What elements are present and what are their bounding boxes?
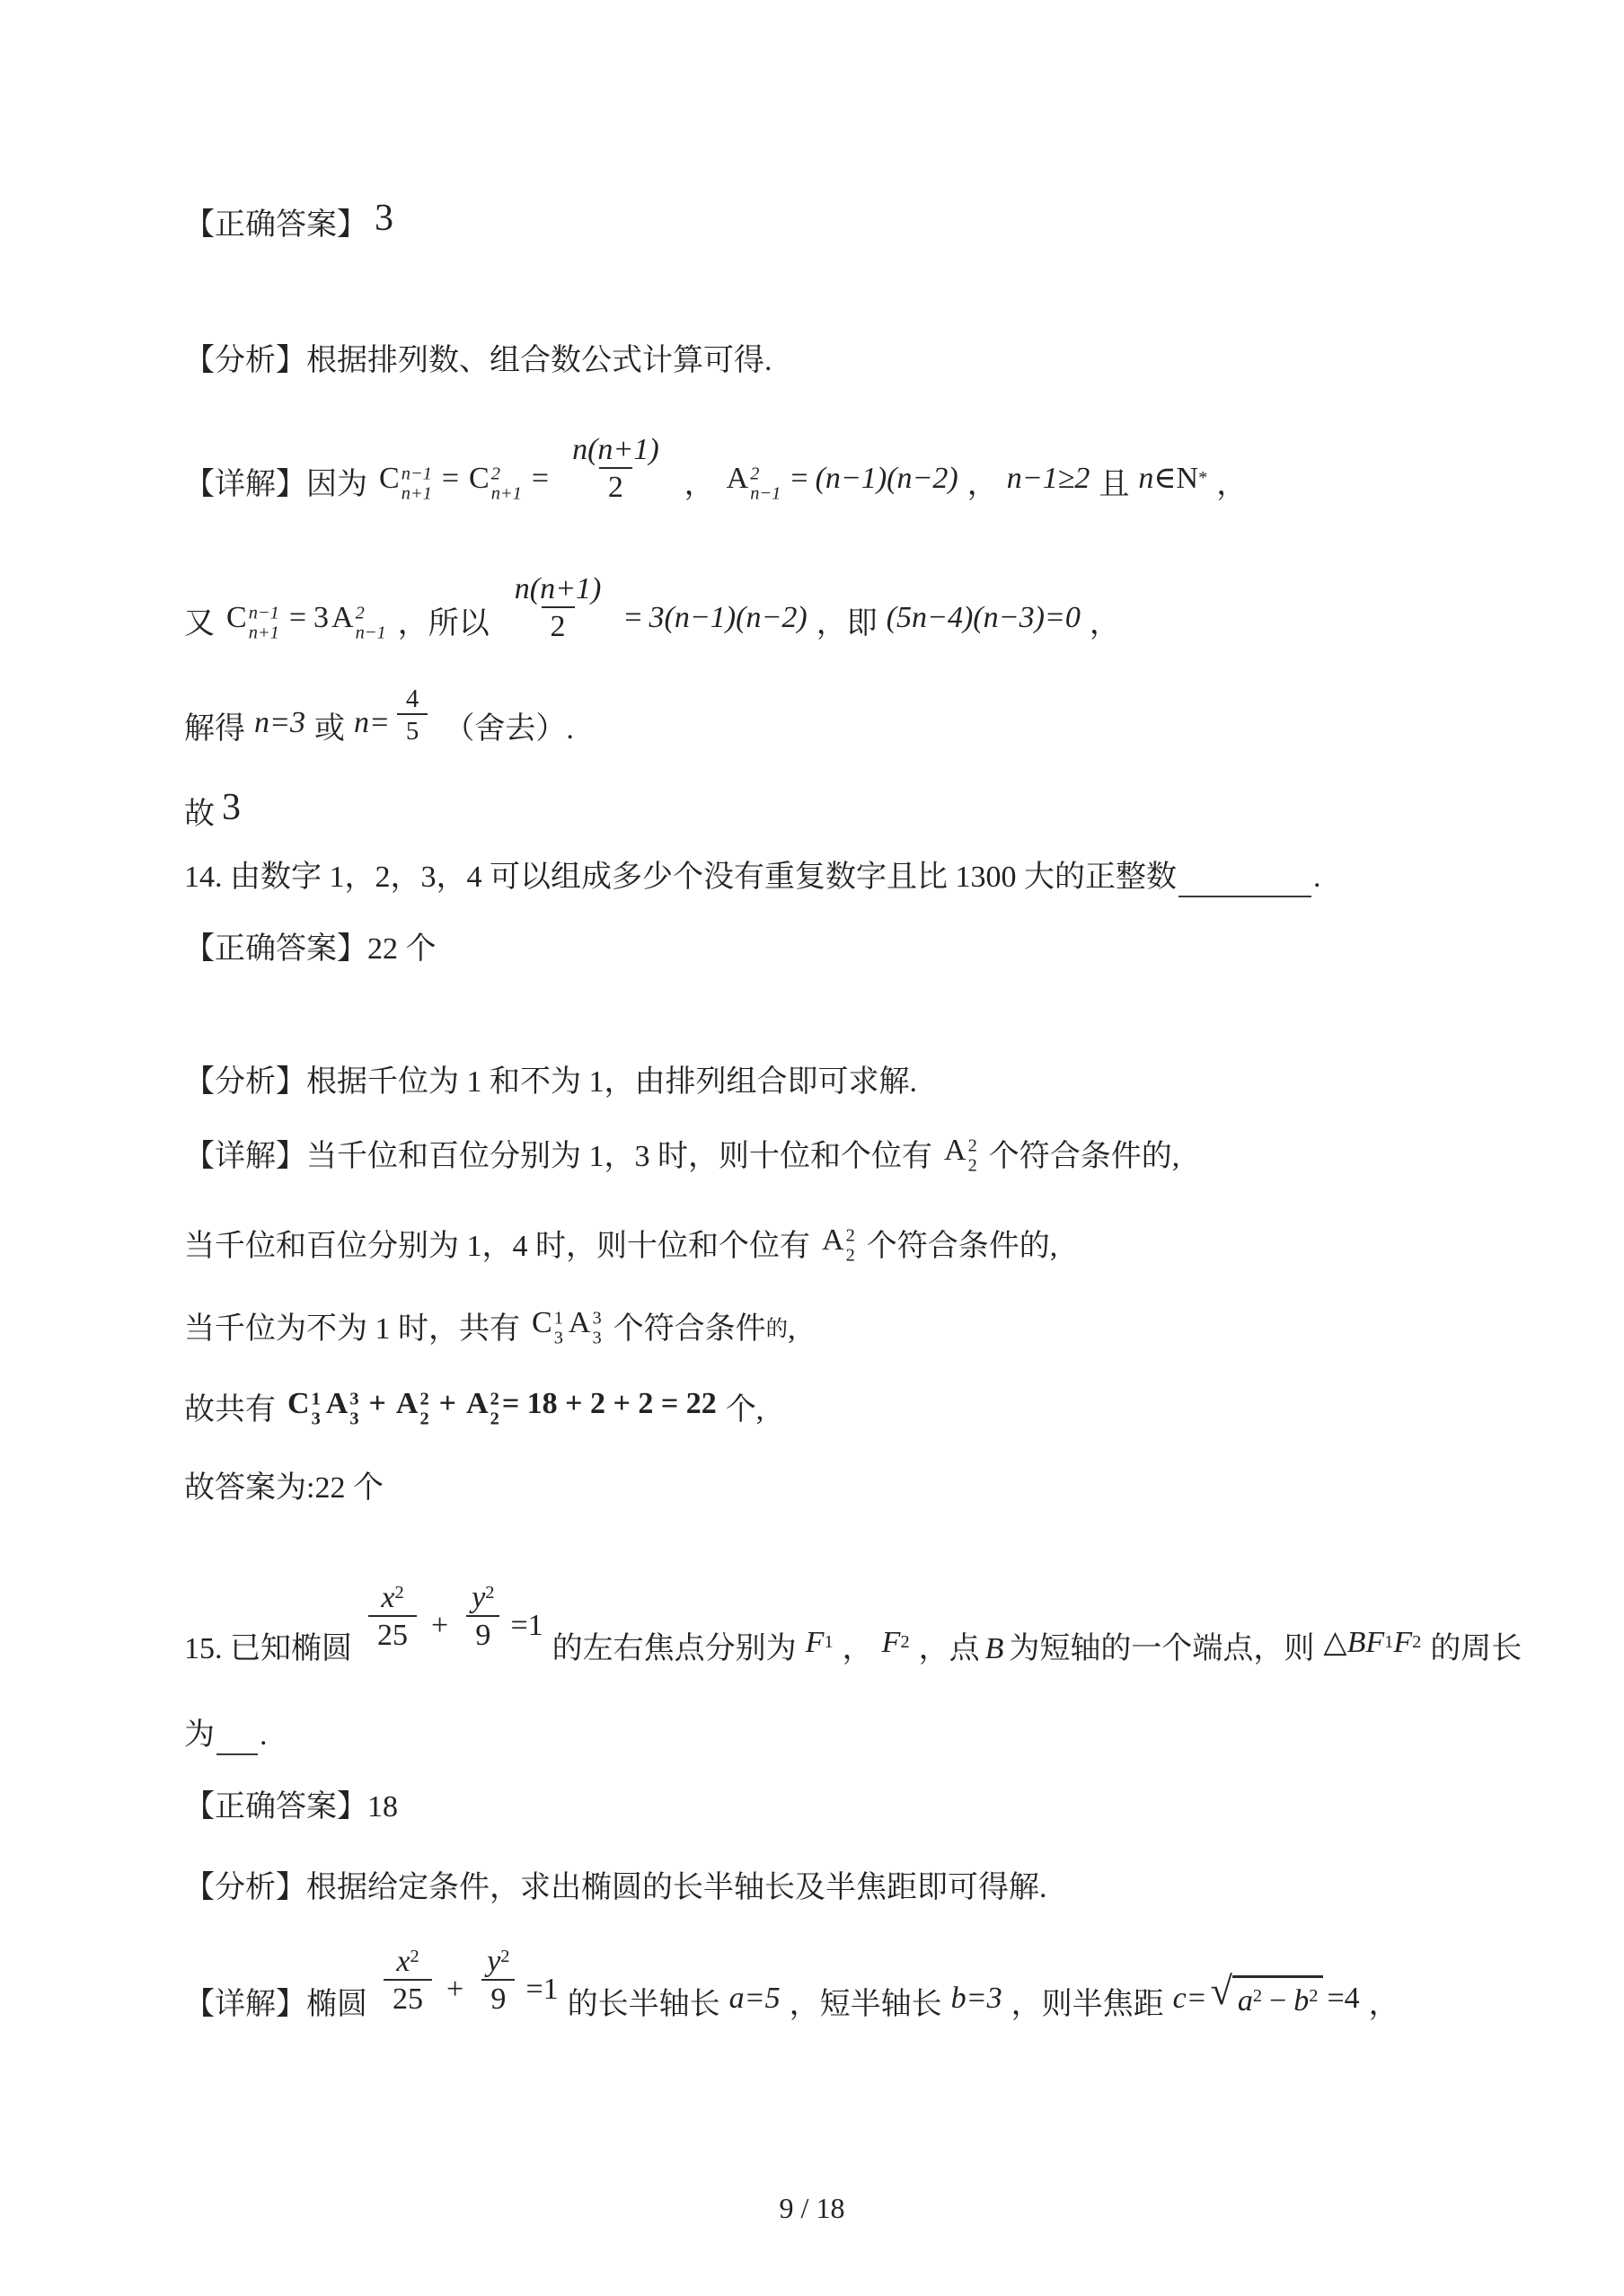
semi-major-axis: a=5 <box>729 1979 781 2018</box>
comma: ， <box>1369 1985 1399 2025</box>
line-q14-analysis: 【分析】根据千位为 1 和不为 1，由排列组合即可求解. <box>184 1063 917 1102</box>
perm-a22: A22 <box>819 1221 858 1260</box>
perm-token: A22 <box>396 1384 429 1424</box>
ellipse-equation: x225 + y29 =1 <box>361 1591 543 1663</box>
stacked-scripts: 2n+1 <box>491 465 522 504</box>
perm-token: A22 <box>944 1131 977 1170</box>
comma: ， <box>843 1629 873 1669</box>
radical-sign: √ <box>1211 1974 1232 2009</box>
comma: ， <box>790 1985 820 2025</box>
analysis-text: 【分析】根据给定条件，求出椭圆的长半轴长及半焦距即可得解. <box>184 1868 1047 1908</box>
question-text: 14. 由数字 1，2，3，4 可以组成多少个没有重复数字且比 1300 大的正… <box>184 858 1177 897</box>
var-b: b <box>1293 1984 1309 2018</box>
answer-blank <box>1178 866 1311 898</box>
var-n-in: n∈ <box>1138 459 1176 499</box>
exponent: 2 <box>394 1583 403 1603</box>
coefficient: 3 <box>313 598 329 638</box>
focus-F1: F1 <box>806 1623 834 1663</box>
symbol-A: A <box>331 598 354 638</box>
line-q14-detail-2: 当千位和百位分别为 1，4 时，则十位和个位有 A22 个符合条件的, <box>184 1227 1057 1267</box>
fraction-y: y29 <box>463 1581 503 1653</box>
denominator: 5 <box>397 713 428 746</box>
var-y: y <box>472 1581 485 1614</box>
subscript: 3 <box>349 1409 358 1428</box>
detail-text: 个符合条件的, <box>989 1137 1180 1177</box>
plus-sign: + <box>431 1606 448 1646</box>
subscript: 2 <box>419 1409 428 1428</box>
answer-label: 【正确答案】 <box>184 930 367 969</box>
fraction: 45 <box>397 684 428 746</box>
superscript: 2 <box>356 605 365 623</box>
comma-so: ， <box>398 605 428 644</box>
numerator: y2 <box>478 1945 518 1979</box>
line-q15-question: 15. 已知椭圆 x225 + y29 =1 的左右焦点分别为 F1 ， F2 … <box>184 1613 1522 1685</box>
perm-token: A2n−1 <box>331 598 386 638</box>
fraction: n(n+1)2 <box>563 433 668 505</box>
period: . <box>260 1716 268 1755</box>
detail-text: 个符合条件的, <box>867 1227 1058 1267</box>
fraction-x: x225 <box>384 1945 432 2017</box>
comb-token: Cn−1n+1 <box>226 598 279 638</box>
answer-value: 22 个 <box>367 930 437 969</box>
fraction: n(n+1)2 <box>506 572 611 644</box>
perm-token: A33 <box>569 1303 602 1343</box>
comma: ， <box>816 605 847 644</box>
formula-permutation-identity: A2n−1 = (n−1)(n−2) <box>724 459 958 499</box>
solution-2: n= 45 <box>354 693 435 755</box>
equals-one: =1 <box>525 1970 558 2009</box>
minus-sign: − <box>1269 1984 1286 2018</box>
comb-token: C2n+1 <box>469 459 522 499</box>
answer-value: 3 <box>375 194 393 243</box>
symbol-A: A <box>396 1384 419 1424</box>
comma: ， <box>684 465 715 505</box>
superscript: 1 <box>312 1391 321 1409</box>
detail-text: 个, <box>726 1391 764 1430</box>
var-n-equals: n= <box>354 703 390 743</box>
answer-value: 18 <box>367 1788 398 1827</box>
detail-text: 故共有 <box>184 1391 276 1430</box>
denominator: 2 <box>542 606 575 644</box>
subscript: 1 <box>1384 1630 1393 1655</box>
sum-result: = 18 + 2 + 2 = 22 <box>502 1384 717 1424</box>
question-text: 的左右焦点分别为 <box>552 1629 797 1669</box>
natural-number-condition: n∈ N * <box>1138 459 1207 499</box>
page-footer: 9 / 18 <box>0 2192 1624 2225</box>
symbol-A: A <box>822 1221 844 1260</box>
symbol-C: C <box>287 1384 310 1424</box>
detail-text: 则半焦距 <box>1042 1985 1164 2025</box>
line-q13-analysis: 【分析】根据排列数、组合数公式计算可得. <box>184 341 772 381</box>
equals-one: =1 <box>510 1606 543 1646</box>
stacked-scripts: 33 <box>349 1391 358 1429</box>
stacked-scripts: 22 <box>419 1391 428 1429</box>
line-q14-answer: 【正确答案】 22 个 <box>184 930 437 969</box>
detail-lead: 【详解】因为 <box>184 465 367 505</box>
factored-equation: (5n−4)(n−3)=0 <box>887 598 1081 638</box>
semi-minor-axis: b=3 <box>951 1979 1002 2018</box>
detail-text: 【详解】当千位和百位分别为 1，3 时，则十位和个位有 <box>184 1137 932 1177</box>
comma: ， <box>1090 605 1120 644</box>
subscript: 2 <box>1412 1630 1421 1655</box>
text-so: 所以 <box>428 605 490 644</box>
var-y: y <box>487 1945 500 1978</box>
comma: ， <box>1216 465 1247 505</box>
detail-lead: 【详解】椭圆 <box>184 1985 367 2025</box>
line-q13-detail-3: 解得 n=3 或 n= 45 （舍去）. <box>184 699 574 761</box>
var-x: x <box>381 1581 394 1614</box>
superscript: 3 <box>349 1391 358 1409</box>
raised-particle: 的 <box>766 1315 788 1344</box>
sqrt-radical: √ a2−b2 <box>1211 1975 1324 2021</box>
question-text: 的周长 <box>1430 1629 1522 1669</box>
exponent: 2 <box>410 1947 419 1966</box>
product-expression: (n−1)(n−2) <box>816 459 958 499</box>
denominator: 9 <box>466 1615 499 1653</box>
symbol-F: F <box>806 1623 825 1663</box>
triangle-notation: △BF1F2 <box>1323 1623 1421 1663</box>
stacked-scripts: 2n−1 <box>356 605 386 643</box>
detail-text: 当千位和百位分别为 1，4 时，则十位和个位有 <box>184 1227 810 1267</box>
perm-a22: A22 <box>941 1131 980 1170</box>
symbol-A: A <box>944 1131 966 1170</box>
line-q15-question-2: 为 . <box>184 1716 268 1755</box>
denominator: 25 <box>384 1979 432 2017</box>
line-q13-detail-2: 又 Cn−1n+1 = 3 A2n−1 ， 所以 n(n+1)2 = 3(n−1… <box>184 588 1120 660</box>
superscript-star: * <box>1198 466 1207 490</box>
inequality-condition: n−1≥2 <box>1007 459 1090 499</box>
symbol-A: A <box>466 1384 489 1424</box>
answer-label: 【正确答案】 <box>184 206 367 245</box>
stacked-scripts: 13 <box>312 1391 321 1429</box>
subscript: n−1 <box>750 484 781 503</box>
equals-sign: = <box>532 459 549 499</box>
superscript: n−1 <box>249 605 279 623</box>
stacked-scripts: 22 <box>968 1137 977 1176</box>
line-q14-question: 14. 由数字 1，2，3，4 可以组成多少个没有重复数字且比 1300 大的正… <box>184 858 1321 897</box>
exponent: 2 <box>1309 1986 1318 2006</box>
symbol-N: N <box>1177 459 1199 499</box>
page-indicator: 9 / 18 <box>780 2192 845 2224</box>
line-q14-detail-3: 当千位为不为 1 时，共有 C13 A33 个符合条件 的 , <box>184 1310 796 1349</box>
final-answer-text: 故答案为:22 个 <box>184 1469 384 1508</box>
conclusion-value: 3 <box>222 783 241 833</box>
sum-formula: C13 A33 + A22 + A22 = 18 + 2 + 2 = 22 <box>285 1384 717 1424</box>
text-also: 又 <box>184 605 215 644</box>
numerator: x2 <box>387 1945 428 1979</box>
line-q13-answer: 【正确答案】 3 <box>184 201 393 251</box>
var-x: x <box>396 1945 410 1978</box>
symbol-C: C <box>469 459 490 499</box>
perm-token: A22 <box>466 1384 499 1424</box>
text-or: 或 <box>314 710 345 749</box>
line-q15-answer: 【正确答案】 18 <box>184 1788 398 1827</box>
superscript: 2 <box>419 1391 428 1409</box>
equals-sign: = <box>442 459 459 499</box>
symbol-C: C <box>532 1303 552 1343</box>
var-a: a <box>1238 1984 1253 2018</box>
detail-text: 当千位为不为 1 时，共有 <box>184 1310 520 1349</box>
period: . <box>1313 858 1321 897</box>
text-namely: 即 <box>847 605 878 644</box>
equals-sign: = <box>289 598 306 638</box>
subscript: n+1 <box>402 484 432 503</box>
symbol-A: A <box>727 459 749 499</box>
text-discard: （舍去）. <box>444 710 574 749</box>
comma: ， <box>967 465 998 505</box>
symbol-F: F <box>882 1623 901 1663</box>
comb-token: C13 <box>287 1384 321 1424</box>
numerator: y2 <box>463 1581 503 1615</box>
subscript: 3 <box>312 1409 321 1428</box>
numerator: 4 <box>397 684 428 713</box>
text-and: 且 <box>1099 465 1129 505</box>
line-q15-analysis: 【分析】根据给定条件，求出椭圆的长半轴长及半焦距即可得解. <box>184 1868 1047 1908</box>
symbol-A: A <box>326 1384 349 1424</box>
detail-text: 的长半轴长 <box>568 1985 720 2025</box>
stacked-scripts: 22 <box>846 1227 855 1266</box>
formula-relation: Cn−1n+1 = 3 A2n−1 <box>224 598 389 638</box>
stacked-scripts: 13 <box>554 1310 563 1348</box>
comma: ， <box>1011 1985 1042 2025</box>
comb-token: Cn−1n+1 <box>379 459 432 499</box>
subscript: n+1 <box>491 484 522 503</box>
numerator: n(n+1) <box>506 572 611 606</box>
numerator: x2 <box>372 1581 412 1615</box>
solution-1: n=3 <box>254 703 305 743</box>
question-text: 为短轴的一个端点，则 <box>1009 1629 1314 1669</box>
stacked-scripts: n−1n+1 <box>249 605 279 643</box>
document-page: 【正确答案】 3 【分析】根据排列数、组合数公式计算可得. 【详解】因为 Cn−… <box>0 0 1624 2296</box>
fraction-y: y29 <box>478 1945 518 2017</box>
denominator: 2 <box>599 467 632 505</box>
text-solve: 解得 <box>184 710 245 749</box>
semi-focal-distance: c= √ a2−b2 =4 <box>1173 1975 1360 2021</box>
exponent: 2 <box>500 1947 509 1966</box>
subscript: 2 <box>490 1409 499 1428</box>
question-number-text: 15. 已知椭圆 <box>184 1629 352 1669</box>
plus-sign: + <box>439 1384 456 1424</box>
detail-text: 个符合条件 <box>613 1310 766 1349</box>
denominator: 9 <box>481 1979 515 2017</box>
superscript: 2 <box>490 1391 499 1409</box>
radicand: a2−b2 <box>1232 1975 1324 2021</box>
subscript: 2 <box>900 1630 909 1655</box>
line-q14-detail-1: 【详解】当千位和百位分别为 1，3 时，则十位和个位有 A22 个符合条件的, <box>184 1137 1179 1177</box>
stacked-scripts: 2n−1 <box>750 465 781 504</box>
answer-label: 【正确答案】 <box>184 1788 367 1827</box>
denominator: 25 <box>368 1615 417 1653</box>
subscript: n−1 <box>356 623 386 642</box>
line-q14-detail-4: 故共有 C13 A33 + A22 + A22 = 18 + 2 + 2 = 2… <box>184 1391 763 1430</box>
comb-perm-product: C13 A33 <box>529 1303 605 1343</box>
perm-token: A2n−1 <box>727 459 781 499</box>
vertices-BF: BF <box>1347 1623 1385 1663</box>
superscript: n−1 <box>402 465 432 484</box>
equals-sign: = <box>790 459 808 499</box>
numerator: n(n+1) <box>563 433 668 467</box>
plus-sign: + <box>446 1970 463 2009</box>
question-text: ，点 <box>919 1629 980 1669</box>
subscript: 2 <box>968 1156 977 1175</box>
line-q13-conclusion: 故 3 <box>184 790 241 840</box>
exponent: 2 <box>485 1583 494 1603</box>
superscript: 2 <box>491 465 500 484</box>
subscript: 3 <box>554 1329 563 1347</box>
superscript: 1 <box>554 1310 563 1329</box>
stacked-scripts: n−1n+1 <box>402 465 432 504</box>
superscript: 2 <box>750 465 759 484</box>
result-value: =4 <box>1327 1979 1359 2018</box>
superscript: 3 <box>592 1310 601 1329</box>
line-q13-detail-1: 【详解】因为 Cn−1n+1 = C2n+1 = n(n+1)2 ， A2n−1… <box>184 449 1247 521</box>
comma: , <box>788 1310 796 1349</box>
question-text: 为 <box>184 1716 215 1755</box>
line-q15-detail: 【详解】椭圆 x225 + y29 =1 的长半轴长 a=5 ， 短半轴长 b=… <box>184 1969 1399 2041</box>
equals-sign: = <box>624 598 641 638</box>
subscript: 2 <box>846 1246 855 1265</box>
analysis-text: 【分析】根据排列数、组合数公式计算可得. <box>184 341 772 381</box>
var-c-equals: c= <box>1173 1979 1207 2018</box>
superscript: 2 <box>846 1227 855 1246</box>
symbol-C: C <box>226 598 247 638</box>
stacked-scripts: 22 <box>490 1391 499 1429</box>
detail-text: 短半轴长 <box>820 1985 942 2025</box>
formula-equation: n(n+1)2 = 3(n−1)(n−2) <box>499 582 808 654</box>
symbol-A: A <box>569 1303 591 1343</box>
comb-token: C13 <box>532 1303 563 1343</box>
triangle-icon: △ <box>1323 1623 1346 1663</box>
plus-sign: + <box>369 1384 386 1424</box>
subscript: 1 <box>824 1630 833 1655</box>
text-therefore: 故 <box>184 795 215 835</box>
answer-blank <box>216 1724 258 1756</box>
formula-combination-identity: Cn−1n+1 = C2n+1 = n(n+1)2 <box>376 443 675 515</box>
perm-token: A33 <box>326 1384 359 1424</box>
fraction-x: x225 <box>368 1581 417 1653</box>
symbol-F: F <box>1393 1623 1412 1663</box>
focus-F2: F2 <box>882 1623 910 1663</box>
perm-token: A22 <box>822 1221 855 1260</box>
symbol-C: C <box>379 459 400 499</box>
subscript: 3 <box>592 1329 601 1347</box>
ellipse-equation: x225 + y29 =1 <box>376 1954 559 2026</box>
line-q14-detail-5: 故答案为:22 个 <box>184 1469 384 1508</box>
point-B: B <box>985 1629 1004 1669</box>
stacked-scripts: 33 <box>592 1310 601 1348</box>
rhs-expression: 3(n−1)(n−2) <box>649 598 808 638</box>
exponent: 2 <box>1253 1986 1262 2006</box>
superscript: 2 <box>968 1137 977 1156</box>
subscript: n+1 <box>249 623 279 642</box>
analysis-text: 【分析】根据千位为 1 和不为 1，由排列组合即可求解. <box>184 1063 917 1102</box>
